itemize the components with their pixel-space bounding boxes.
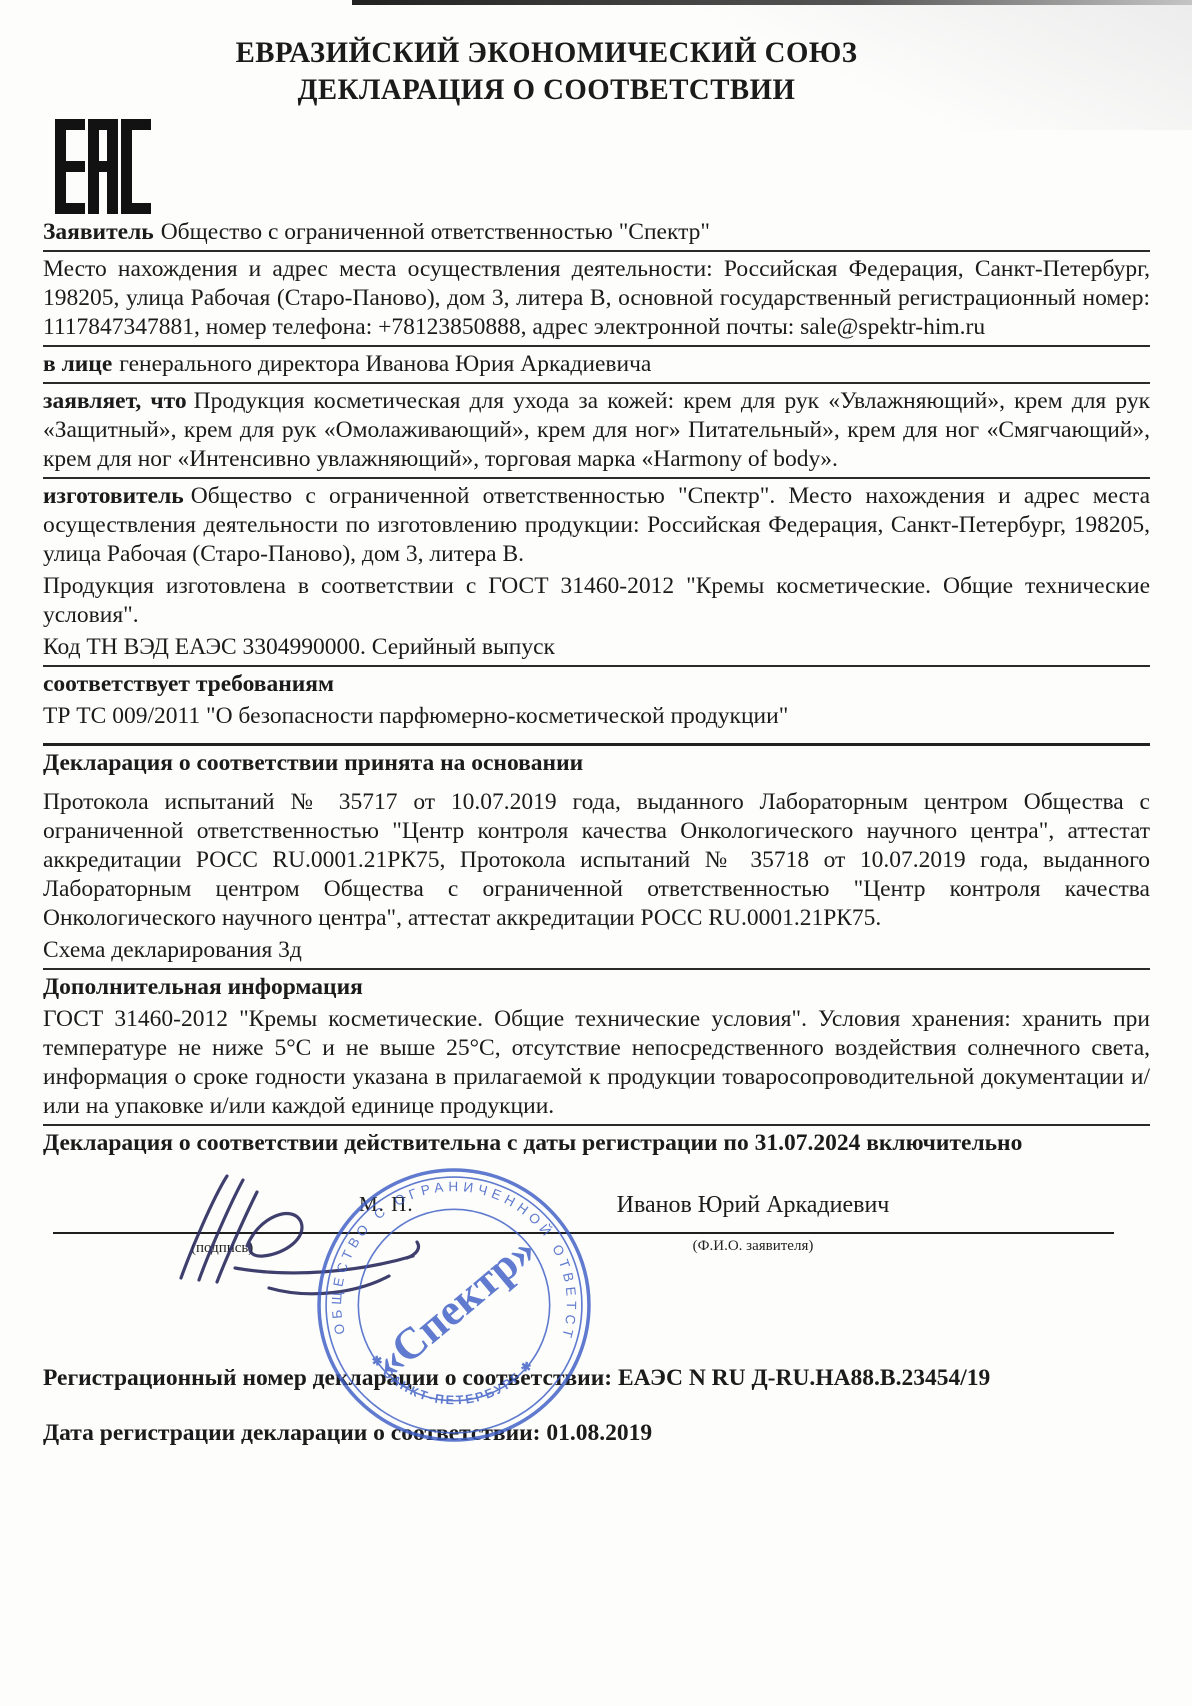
declares-label: заявляет, что xyxy=(43,388,187,414)
title-line-1: ЕВРАЗИЙСКИЙ ЭКОНОМИЧЕСКИЙ СОЮЗ xyxy=(63,34,1030,71)
document-content: ЕВРАЗИЙСКИЙ ЭКОНОМИЧЕСКИЙ СОЮЗ ДЕКЛАРАЦИ… xyxy=(0,0,1192,1448)
complies-requirement: ТР ТС 009/2011 "О безопасности парфюмерн… xyxy=(43,702,1150,731)
applicant-row: ЗаявительОбщество с ограниченной ответст… xyxy=(43,218,1150,247)
registration-number-row: Регистрационный номер декларации о соотв… xyxy=(43,1364,1150,1393)
manufacturer-paragraph: изготовительОбщество с ограниченной отве… xyxy=(43,482,1150,569)
handwritten-signature xyxy=(151,1160,461,1310)
manufacturer-value: Общество с ограниченной ответственностью… xyxy=(43,483,1150,567)
registration-number-value: ЕАЭС N RU Д-RU.НА88.В.23454/19 xyxy=(618,1365,990,1391)
declares-value: Продукция косметическая для ухода за кож… xyxy=(43,388,1150,472)
manufacturer-label: изготовитель xyxy=(43,483,184,509)
represented-by-row: в лицегенерального директора Иванова Юри… xyxy=(43,350,1150,379)
basis-paragraph: Протокола испытаний № 35717 от 10.07.201… xyxy=(43,788,1150,933)
divider xyxy=(43,968,1150,970)
represented-by-label: в лице xyxy=(43,351,112,377)
additional-info-paragraph: ГОСТ 31460-2012 "Кремы косметические. Об… xyxy=(43,1005,1150,1121)
signatory-name: Иванов Юрий Аркадиевич xyxy=(543,1192,963,1219)
address-paragraph: Место нахождения и адрес места осуществл… xyxy=(43,255,1150,342)
production-standard-paragraph: Продукция изготовлена в соответствии с Г… xyxy=(43,572,1150,630)
registration-date-value: 01.08.2019 xyxy=(546,1420,652,1446)
signature-area: М. П. ОБЩЕСТВО С ОГРАНИЧЕННОЙ ОТВЕТСТВЕН… xyxy=(43,1168,1150,1336)
divider xyxy=(43,1124,1150,1126)
signatory-name-caption: (Ф.И.О. заявителя) xyxy=(543,1238,963,1255)
divider xyxy=(43,345,1150,347)
registration-date-row: Дата регистрации декларации о соответств… xyxy=(43,1419,1150,1448)
divider xyxy=(43,665,1150,667)
applicant-value: Общество с ограниченной ответственностью… xyxy=(161,219,710,245)
complies-heading: соответствует требованиям xyxy=(43,670,1150,699)
divider xyxy=(43,382,1150,384)
divider-thick xyxy=(43,743,1150,746)
stamp-place-label: М. П. xyxy=(359,1192,414,1217)
represented-by-value: генерального директора Иванова Юрия Арка… xyxy=(119,351,651,377)
divider xyxy=(43,250,1150,252)
registration-date-label: Дата регистрации декларации о соответств… xyxy=(43,1420,540,1446)
scheme-row: Схема декларирования 3д xyxy=(43,936,1150,965)
tnved-row: Код ТН ВЭД ЕАЭС 3304990000. Серийный вып… xyxy=(43,633,1150,662)
declares-paragraph: заявляет, чтоПродукция косметическая для… xyxy=(43,387,1150,474)
divider xyxy=(43,477,1150,479)
validity-row: Декларация о соответствии действительна … xyxy=(43,1129,1150,1158)
declaration-document: ЕВРАЗИЙСКИЙ ЭКОНОМИЧЕСКИЙ СОЮЗ ДЕКЛАРАЦИ… xyxy=(0,0,1192,1706)
registration-number-label: Регистрационный номер декларации о соотв… xyxy=(43,1365,612,1391)
applicant-label: Заявитель xyxy=(43,219,154,245)
additional-info-heading: Дополнительная информация xyxy=(43,973,1150,1002)
eac-logo-icon xyxy=(55,119,151,215)
title-line-2: ДЕКЛАРАЦИЯ О СООТВЕТСТВИИ xyxy=(63,71,1030,108)
document-header: ЕВРАЗИЙСКИЙ ЭКОНОМИЧЕСКИЙ СОЮЗ ДЕКЛАРАЦИ… xyxy=(43,34,1150,108)
basis-heading: Декларация о соответствии принята на осн… xyxy=(43,749,1150,778)
scan-streak-artifact xyxy=(352,0,1192,5)
